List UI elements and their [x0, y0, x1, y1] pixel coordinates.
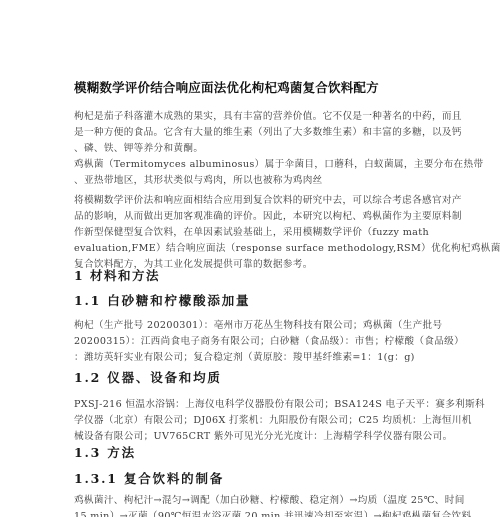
text-line: 15 min）→灭菌（90℃恒温水浴灭菌 20 min 并迅速冷却至室温）→枸杞… — [74, 509, 436, 517]
text-line: ：潍坊英轩实业有限公司；复合稳定剂（黄原胶：羧甲基纤维素=1：1(g：g) — [74, 350, 436, 366]
text-line: PXSJ-216 恒温水浴锅：上海仪电科学仪器股份有限公司；BSA124S 电子… — [74, 397, 436, 413]
heading-section-1-2: 1.2 仪器、设备和均质 — [74, 370, 222, 386]
text-line: 鸡枞菌（Termitomyces albuminosus）属于伞菌目，口蘑科，白… — [74, 157, 436, 173]
paragraph-materials: 枸杞（生产批号 20200301）：亳州市万花丛生物科技有限公司；鸡枞菌（生产批… — [74, 318, 436, 366]
text-line: 、亚热带地区，其形状类似与鸡肉，所以也被称为鸡肉丝 — [74, 173, 436, 189]
heading-section-1-3-1: 1.3.1 复合饮料的制备 — [74, 471, 224, 487]
paragraph-preparation: 鸡枞菌汁、枸杞汁→混匀→调配（加白砂糖、柠檬酸、稳定剂）→均质（温度 25℃、时… — [74, 493, 436, 517]
text-line: 鸡枞菌汁、枸杞汁→混匀→调配（加白砂糖、柠檬酸、稳定剂）→均质（温度 25℃、时… — [74, 493, 436, 509]
paragraph-intro-goji: 枸杞是茄子科落灌木成熟的果实，具有丰富的营养价值。它不仅是一种著名的中药，而且 … — [74, 109, 436, 157]
paragraph-intro-method: 将模糊数学评价法和响应面相结合应用到复合饮料的研究中去，可以综合考虑各感官对产 … — [74, 193, 436, 273]
text-line: 械设备有限公司；UV765CRT 紫外可见光分光光度计：上海精学科学仪器有限公司… — [74, 429, 436, 445]
heading-section-1-3: 1.3 方法 — [74, 445, 136, 461]
text-line: evaluation,FME）结合响应面法（response surface m… — [74, 241, 436, 257]
text-line: 是一种方便的食品。它含有大量的维生素（列出了大多数维生素）和丰富的多糖，以及钙 — [74, 125, 436, 141]
text-line: 、磷、铁、钾等养分和黄酮。 — [74, 141, 436, 157]
paragraph-intro-termitomyces: 鸡枞菌（Termitomyces albuminosus）属于伞菌目，口蘑科，白… — [74, 157, 436, 189]
heading-section-1-1: 1.1 白砂糖和柠檬酸添加量 — [74, 293, 250, 309]
text-line: 将模糊数学评价法和响应面相结合应用到复合饮料的研究中去，可以综合考虑各感官对产 — [74, 193, 436, 209]
heading-section-1: 1 材料和方法 — [74, 268, 160, 284]
text-line: 学仪器（北京）有限公司；DJ06X 打浆机：九阳股份有限公司；C25 均质机：上… — [74, 413, 436, 429]
text-line: 20200315）：江西尚食电子商务有限公司；白砂糖（食品级）：市售；柠檬酸（食… — [74, 334, 436, 350]
document-title: 模糊数学评价结合响应面法优化枸杞鸡菌复合饮料配方 — [74, 80, 454, 96]
text-line: 作新型保健型复合饮料，在单因素试验基础上，采用模糊数学评价（fuzzy math — [74, 225, 436, 241]
paragraph-instruments: PXSJ-216 恒温水浴锅：上海仪电科学仪器股份有限公司；BSA124S 电子… — [74, 397, 436, 445]
text-line: 枸杞（生产批号 20200301）：亳州市万花丛生物科技有限公司；鸡枞菌（生产批… — [74, 318, 436, 334]
text-line: 枸杞是茄子科落灌木成熟的果实，具有丰富的营养价值。它不仅是一种著名的中药，而且 — [74, 109, 436, 125]
text-line: 品的影响，从而做出更加客观准确的评价。因此，本研究以枸杞、鸡枞菌作为主要原料制 — [74, 209, 436, 225]
